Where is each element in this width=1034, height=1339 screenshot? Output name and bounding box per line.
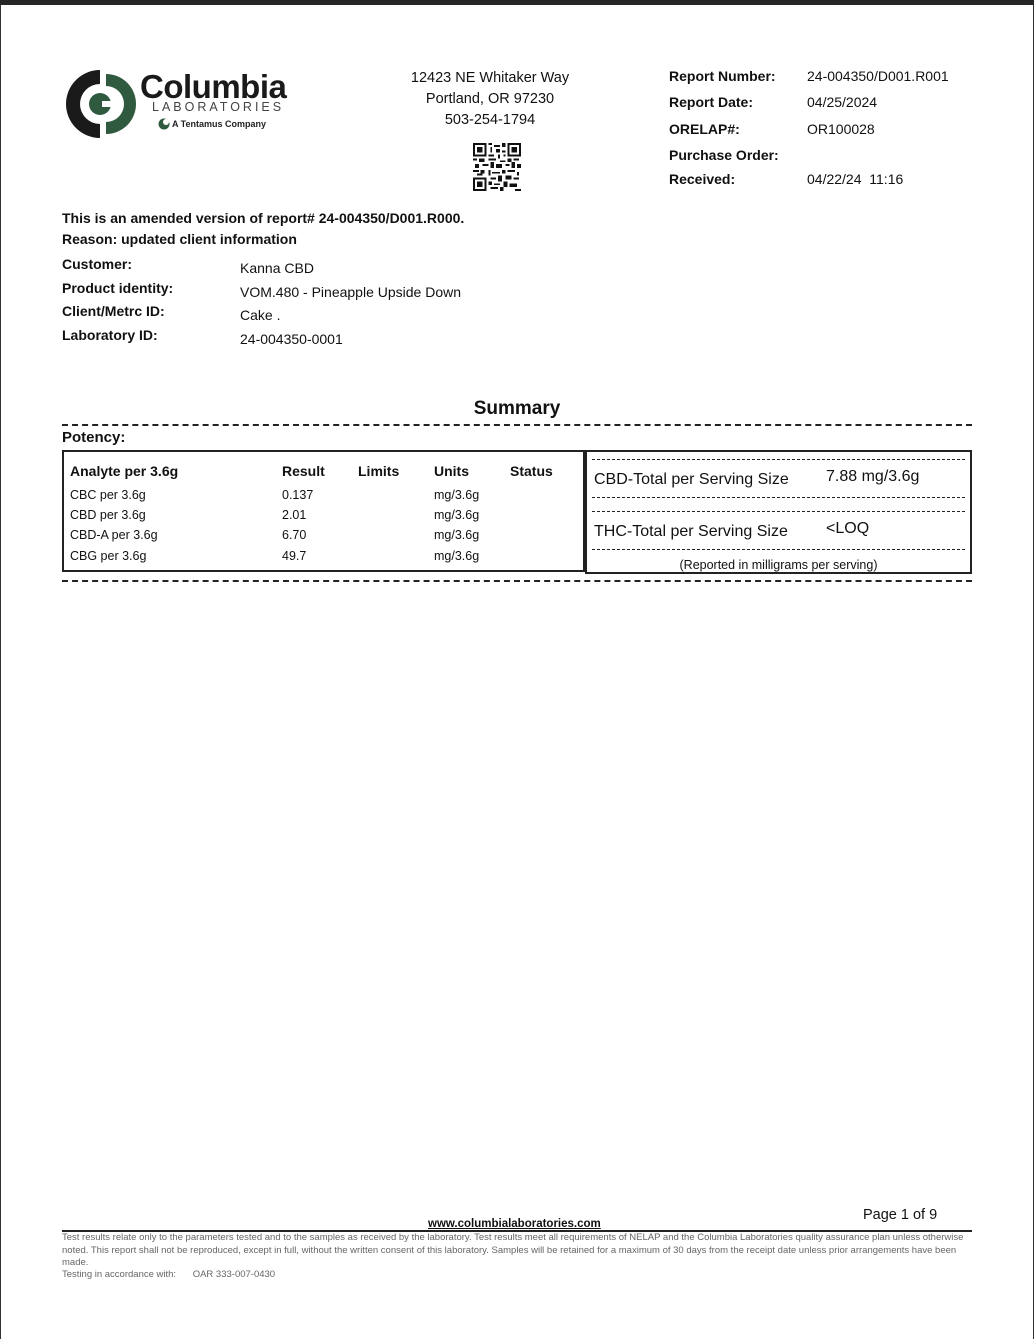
col-header-analyte: Analyte per 3.6g (70, 463, 178, 479)
cell-result: 2.01 (282, 508, 306, 522)
totals-note: (Reported in milligrams per serving) (587, 558, 970, 572)
cell-result: 0.137 (282, 488, 313, 502)
summary-title: Summary (0, 398, 1034, 420)
amendment-line: This is an amended version of report# 24… (62, 208, 464, 229)
address-phone: 503-254-1794 (390, 110, 590, 131)
report-date-value: 04/25/2024 (807, 94, 877, 110)
cell-analyte: CBD per 3.6g (70, 508, 146, 522)
client-metrc-label: Client/Metrc ID: (62, 303, 165, 319)
dashed-divider (592, 511, 965, 512)
dashed-divider (592, 497, 965, 498)
cell-result: 49.7 (282, 549, 306, 563)
lab-address: 12423 NE Whitaker Way Portland, OR 97230… (390, 68, 590, 131)
company-logo: Columbia LABORATORIES A Tentamus Company (62, 66, 292, 142)
columbia-c-icon (62, 66, 138, 142)
cell-analyte: CBD-A per 3.6g (70, 528, 158, 542)
cbd-total-value: 7.88 mg/3.6g (826, 468, 919, 486)
report-number-value: 24-004350/D001.R001 (807, 68, 949, 84)
amendment-notice: This is an amended version of report# 24… (62, 208, 464, 250)
page-edge-left (0, 5, 1, 1339)
orelap-label: ORELAP#: (669, 121, 740, 137)
col-header-limits: Limits (358, 463, 399, 479)
potency-table: Analyte per 3.6g Result Limits Units Sta… (62, 450, 585, 572)
totals-box: CBD-Total per Serving Size 7.88 mg/3.6g … (585, 450, 972, 574)
cell-units: mg/3.6g (434, 549, 479, 563)
cell-result: 6.70 (282, 528, 306, 542)
laboratory-id-value: 24-004350-0001 (240, 331, 343, 347)
thc-total-value: <LOQ (826, 520, 869, 538)
dashed-divider (592, 459, 965, 460)
tentamus-icon (158, 118, 170, 130)
amendment-reason: Reason: updated client information (62, 229, 464, 250)
testing-standard: Testing in accordance with: OAR 333-007-… (62, 1269, 289, 1280)
col-header-result: Result (282, 463, 325, 479)
orelap-value: OR100028 (807, 121, 875, 137)
col-header-status: Status (510, 463, 553, 479)
cell-analyte: CBG per 3.6g (70, 549, 146, 563)
customer-value: Kanna CBD (240, 260, 314, 276)
cell-units: mg/3.6g (434, 488, 479, 502)
summary-divider-top (62, 424, 972, 426)
cell-units: mg/3.6g (434, 508, 479, 522)
product-identity-value: VOM.480 - Pineapple Upside Down (240, 284, 461, 300)
cbd-total-label: CBD-Total per Serving Size (594, 471, 789, 489)
laboratory-id-label: Laboratory ID: (62, 327, 158, 343)
received-label: Received: (669, 171, 735, 187)
qr-code-icon (473, 143, 521, 191)
report-number-label: Report Number: (669, 68, 776, 84)
address-street: 12423 NE Whitaker Way (390, 68, 590, 89)
received-value: 04/22/24 11:16 (807, 171, 903, 187)
page-number: Page 1 of 9 (863, 1207, 937, 1223)
summary-divider-bottom (62, 580, 972, 582)
address-city: Portland, OR 97230 (390, 89, 590, 110)
client-metrc-value: Cake . (240, 307, 280, 323)
col-header-units: Units (434, 463, 469, 479)
purchase-order-label: Purchase Order: (669, 147, 779, 163)
cell-analyte: CBC per 3.6g (70, 488, 146, 502)
customer-label: Customer: (62, 256, 132, 272)
logo-tagline: A Tentamus Company (172, 119, 266, 129)
footer-disclaimer: Test results relate only to the paramete… (62, 1232, 972, 1270)
testing-label: Testing in accordance with: (62, 1269, 176, 1280)
report-date-label: Report Date: (669, 94, 753, 110)
window-top-bar (0, 0, 1034, 5)
cell-units: mg/3.6g (434, 528, 479, 542)
logo-subtitle: LABORATORIES (152, 100, 284, 114)
website-link[interactable]: www.columbialaboratories.com (428, 1218, 601, 1230)
dashed-divider (592, 549, 965, 550)
potency-label: Potency: (62, 429, 125, 446)
product-identity-label: Product identity: (62, 280, 173, 296)
thc-total-label: THC-Total per Serving Size (594, 523, 788, 541)
testing-value: OAR 333-007-0430 (193, 1269, 275, 1280)
